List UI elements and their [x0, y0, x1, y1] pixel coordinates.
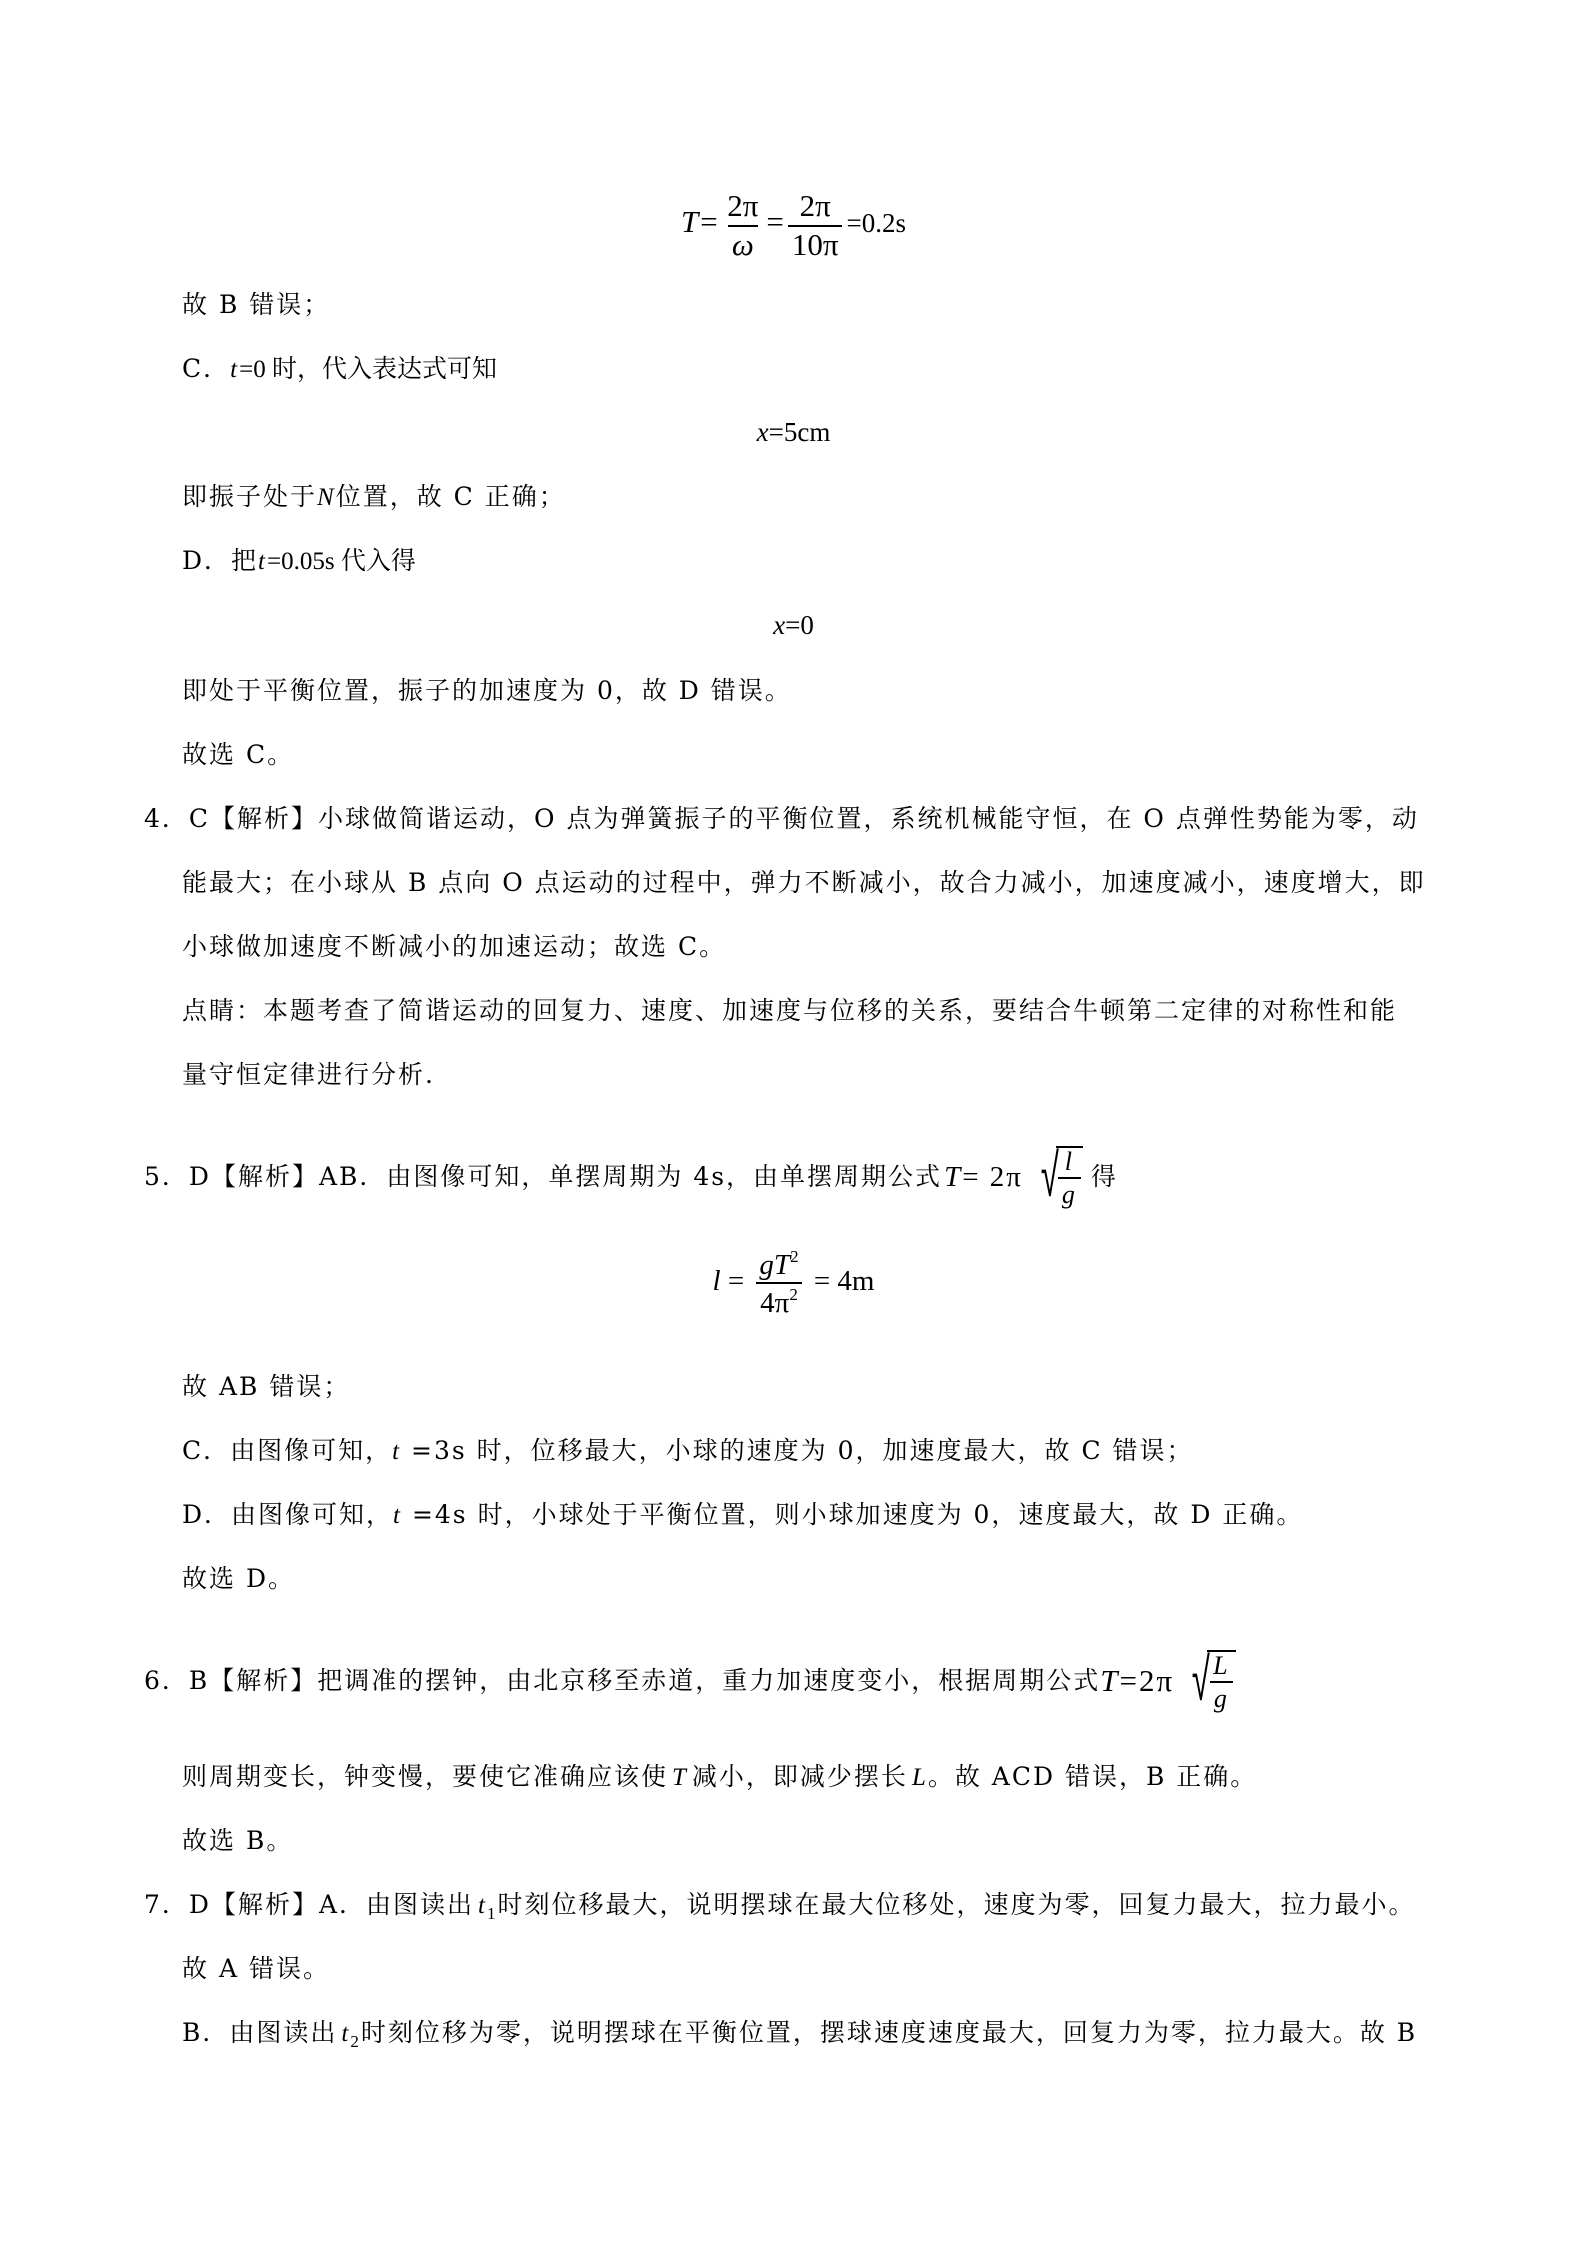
fraction: Lg [1209, 1652, 1233, 1713]
variable: L [912, 1764, 928, 1791]
q5-line-1: 5．D【解析】AB．由图像可知，单摆周期为 4s，由单摆周期公式 T = 2π … [144, 1146, 1118, 1209]
value: =0 [785, 610, 814, 640]
text: =3s 时，位移最大，小球的速度为 0，加速度最大，故 C 错误； [401, 1436, 1193, 1465]
q3-d-intro: D．把t=0.05s 代入得 [182, 544, 416, 579]
text: C．由图像可知， [182, 1436, 392, 1465]
text: =0 时，代入表达式可知 [239, 356, 497, 383]
denominator: g [1058, 1177, 1081, 1208]
q7-line-1: 7．D【解析】A．由图读出t1时刻位移最大，说明摆球在最大位移处，速度为零，回复… [144, 1888, 1415, 1931]
text: 即振子处于 [182, 482, 317, 511]
numerator: 2π [723, 190, 762, 225]
text: 7．D【解析】A．由图读出 [144, 1890, 474, 1919]
denominator: ω [728, 225, 758, 262]
eq-result: = 4m [807, 1265, 875, 1297]
q3-d-equation: x=0 [0, 610, 1587, 641]
variable: l [713, 1265, 721, 1297]
variable: T [1100, 1664, 1119, 1698]
denominator: g [1210, 1681, 1233, 1712]
value: =5cm [769, 417, 831, 447]
q6-line-2: 则周期变长，钟变慢，要使它准确应该使T减小，即减少摆长L。故 ACD 错误，B … [182, 1760, 1257, 1795]
q3-b-conclusion: 故 B 错误； [182, 288, 330, 322]
equals-sign: = [766, 204, 783, 239]
text: 时刻位移最大，说明摆球在最大位移处，速度为零，回复力最大，拉力最小。 [497, 1890, 1415, 1919]
numerator: L [1209, 1652, 1233, 1681]
variable: t [392, 1438, 401, 1465]
denominator: 4π [760, 1287, 789, 1319]
superscript: 2 [790, 1247, 799, 1266]
radical-sign: √ [1041, 1146, 1060, 1209]
text: =4s 时，小球处于平衡位置，则小球加速度为 0，速度最大，故 D 正确。 [402, 1500, 1303, 1529]
variable: t [258, 548, 267, 575]
q4-note-2: 量守恒定律进行分析. [182, 1058, 435, 1092]
variable: t [341, 2020, 350, 2047]
numerator: l [1061, 1148, 1078, 1177]
radical-sign: √ [1192, 1650, 1211, 1713]
sqrt-symbol: √lg [1025, 1146, 1083, 1209]
q3-answer: 故选 C。 [182, 738, 294, 772]
denominator: 10π [788, 225, 843, 262]
variable: N [317, 484, 336, 511]
equals-sign: = [721, 1265, 752, 1297]
variable: T [944, 1160, 962, 1194]
fraction: gT24π2 [755, 1248, 802, 1319]
text: 则周期变长，钟变慢，要使它准确应该使 [182, 1762, 668, 1791]
text: 6．B【解析】把调准的摆钟，由北京移至赤道，重力加速度变小，根据周期公式 [144, 1664, 1100, 1698]
fraction: 2πω [723, 190, 762, 261]
q5-ab-conclusion: 故 AB 错误； [182, 1370, 350, 1404]
text: 。故 ACD 错误，B 正确。 [928, 1762, 1257, 1791]
q6-answer: 故选 B。 [182, 1824, 293, 1858]
q3-d-conclusion: 即处于平衡位置，振子的加速度为 0，故 D 错误。 [182, 674, 792, 708]
variable: t [478, 1892, 487, 1919]
q5-d-line: D．由图像可知，t =4s 时，小球处于平衡位置，则小球加速度为 0，速度最大，… [182, 1498, 1303, 1533]
q3-c-intro: C．t=0 时，代入表达式可知 [182, 352, 497, 387]
text: =0.05s 代入得 [267, 548, 416, 575]
q5-c-line: C．由图像可知，t =3s 时，位移最大，小球的速度为 0，加速度最大，故 C … [182, 1434, 1194, 1469]
variable: T [672, 1764, 688, 1791]
eq-lhs: T= [681, 204, 719, 239]
q4-note-1: 点睛：本题考查了简谐运动的回复力、速度、加速度与位移的关系，要结合牛顿第二定律的… [182, 994, 1397, 1028]
q4-line-2: 能最大；在小球从 B 点向 O 点运动的过程中，弹力不断减小，故合力减小，加速度… [182, 866, 1426, 900]
fraction: 2π10π [788, 190, 843, 261]
subscript: 2 [350, 2032, 361, 2051]
text: 5．D【解析】AB．由图像可知，单摆周期为 4s，由单摆周期公式 [144, 1160, 942, 1194]
q7-line-2: 故 A 错误。 [182, 1952, 330, 1986]
text: 减小，即减少摆长 [692, 1762, 908, 1791]
q5-answer: 故选 D。 [182, 1562, 295, 1596]
formula-text: = 2π [962, 1160, 1023, 1194]
formula-text: =2π [1120, 1664, 1175, 1698]
q6-line-1: 6．B【解析】把调准的摆钟，由北京移至赤道，重力加速度变小，根据周期公式 T=2… [144, 1650, 1236, 1713]
variable: x [757, 417, 769, 447]
variable: x [773, 610, 785, 640]
eq-result: =0.2s [846, 208, 905, 238]
text: 得 [1091, 1160, 1118, 1194]
superscript: 2 [789, 1285, 798, 1304]
q3-c-equation: x=5cm [0, 417, 1587, 448]
q5-length-equation: l = gT24π2 = 4m [0, 1248, 1587, 1319]
text: C． [182, 354, 230, 383]
fraction: lg [1058, 1148, 1081, 1209]
text: D．由图像可知， [182, 1500, 393, 1529]
q4-line-1: 4．C【解析】小球做简谐运动，O 点为弹簧振子的平衡位置，系统机械能守恒，在 O… [144, 802, 1419, 836]
text: 时刻位移为零，说明摆球在平衡位置，摆球速度速度最大，回复力为零，拉力最大。故 B [361, 2018, 1417, 2047]
q3-c-conclusion: 即振子处于N位置，故 C 正确； [182, 480, 566, 515]
text: B．由图读出 [182, 2018, 337, 2047]
sqrt-symbol: √Lg [1176, 1650, 1235, 1713]
numerator: 2π [796, 190, 835, 225]
text: 位置，故 C 正确； [336, 482, 566, 511]
numerator: gT [759, 1249, 790, 1281]
variable: t [230, 356, 239, 383]
period-equation: T=2πω=2π10π=0.2s [0, 190, 1587, 261]
q7-line-3: B．由图读出t2时刻位移为零，说明摆球在平衡位置，摆球速度速度最大，回复力为零，… [182, 2016, 1417, 2059]
q4-line-3: 小球做加速度不断减小的加速运动；故选 C。 [182, 930, 726, 964]
subscript: 1 [487, 1904, 498, 1923]
text: D．把 [182, 546, 258, 575]
variable: t [393, 1502, 402, 1529]
